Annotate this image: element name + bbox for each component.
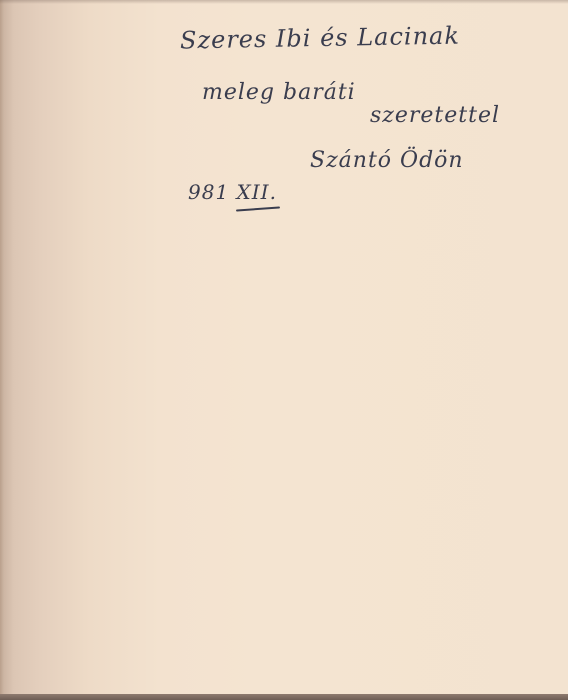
dedication-line-with-love: szeretettel <box>370 103 500 128</box>
page-bottom-edge <box>0 694 568 700</box>
dedication-line-warm-friendly: meleg baráti <box>202 80 356 105</box>
date-underline <box>236 206 280 211</box>
dedication-date: 981 XII. <box>188 180 277 204</box>
book-page: Szeres Ibi és Lacinak meleg baráti szere… <box>0 0 568 694</box>
dedication-line-recipients: Szeres Ibi és Lacinak <box>180 22 460 55</box>
dedication-signature: Szántó Ödön <box>310 148 464 173</box>
